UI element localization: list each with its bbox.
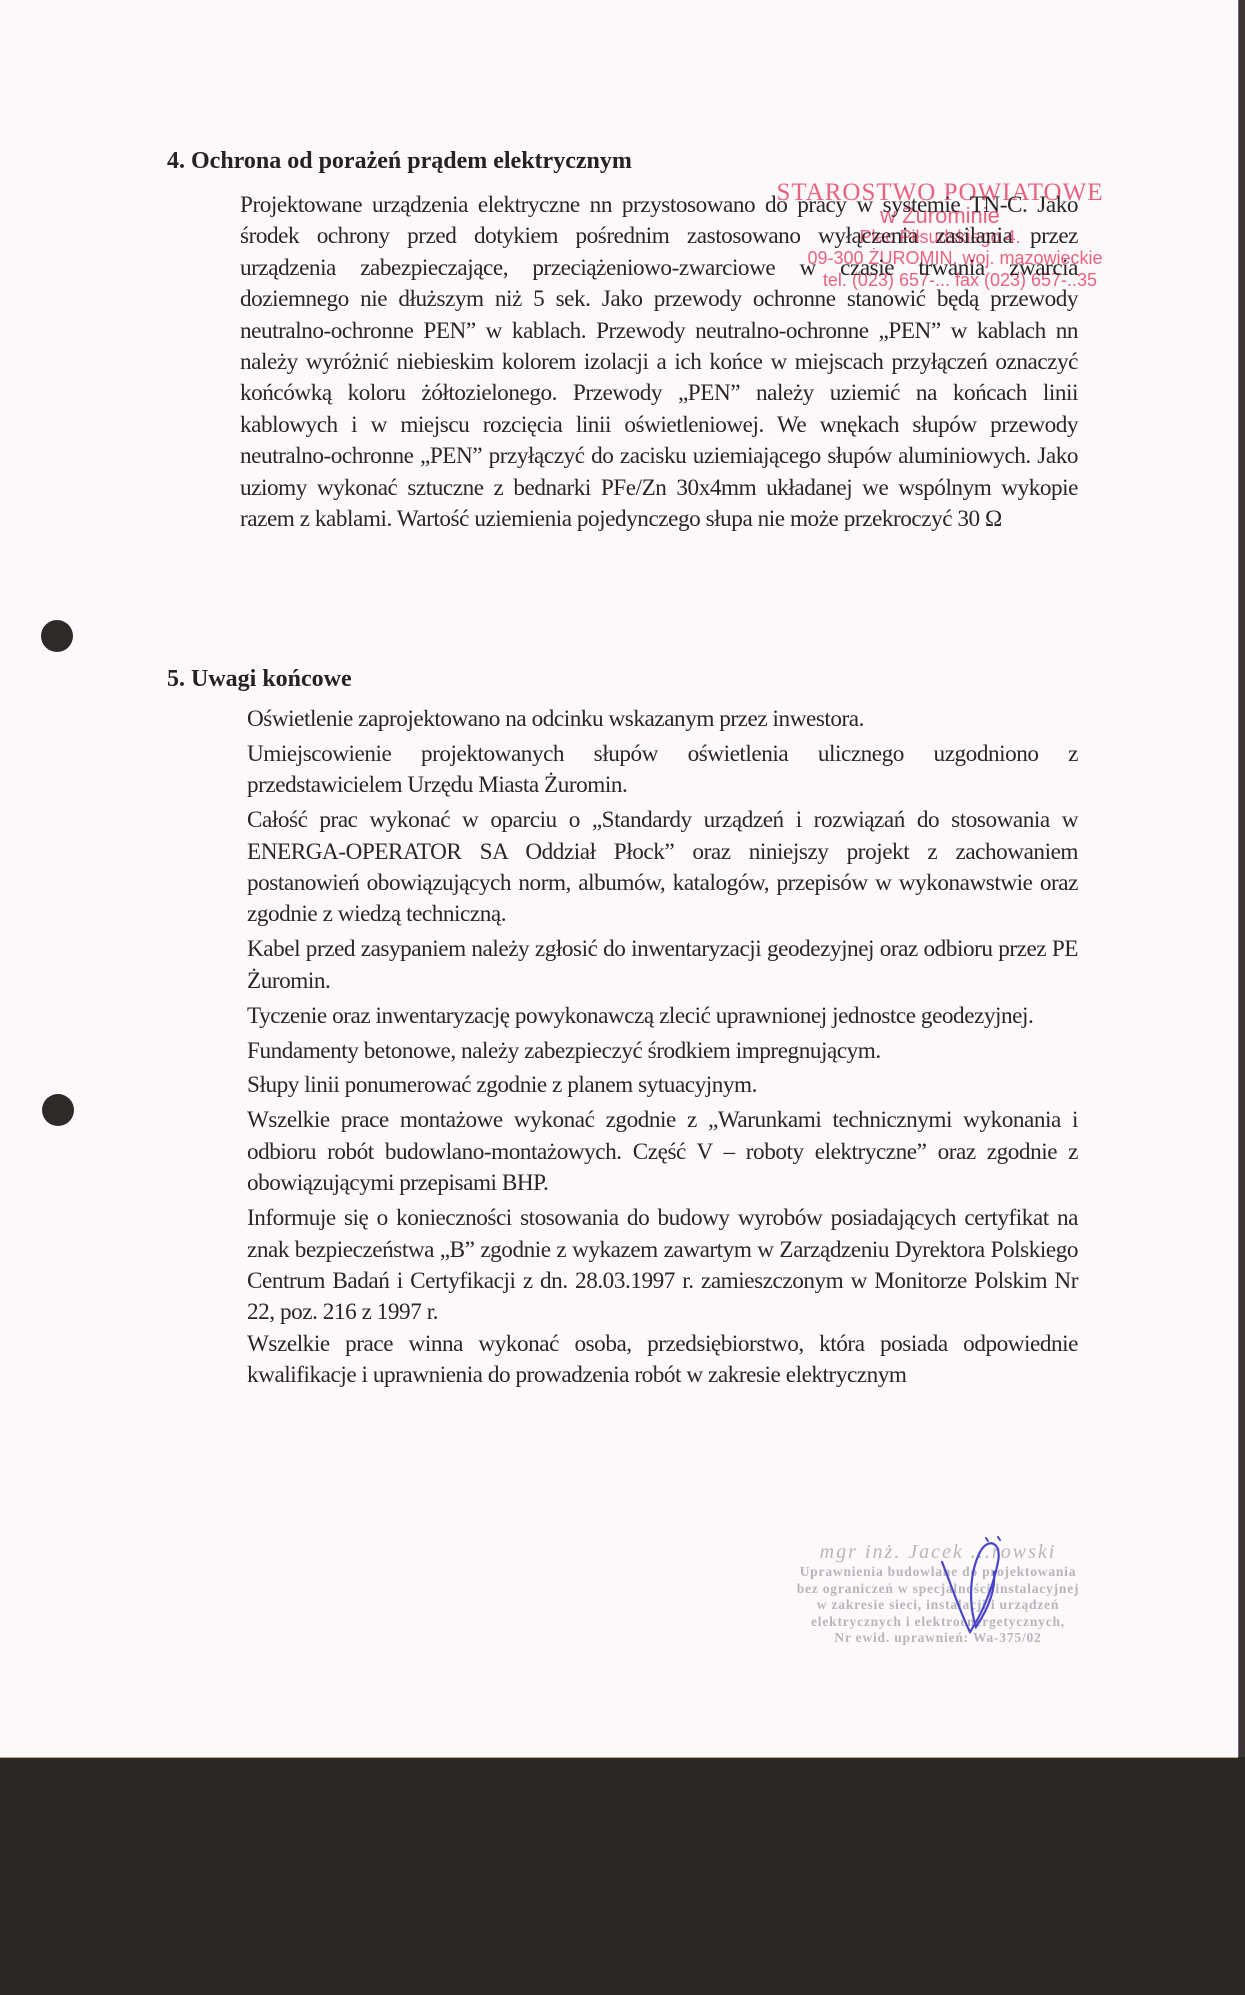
remark-1: Oświetlenie zaprojektowano na odcinku ws… (247, 704, 1078, 735)
remark-9: Informuje się o konieczności stosowania … (247, 1203, 1078, 1329)
remark-6: Fundamenty betonowe, należy zabezpieczyć… (247, 1036, 1078, 1067)
engineer-name: mgr inż. Jacek ...rowski (768, 1540, 1108, 1564)
qualification-line-3: w zakresie sieci, instalacji i urządzeń (768, 1597, 1108, 1614)
remark-2: Umiejscowienie projektowanych słupów ośw… (247, 739, 1078, 802)
qualification-line-2: bez ograniczeń w specjalności instalacyj… (768, 1581, 1108, 1598)
scanner-edge (1238, 0, 1245, 1757)
remark-3: Całość prac wykonać w oparciu o „Standar… (247, 805, 1078, 931)
handwritten-signature-icon (940, 1532, 1020, 1642)
remark-7: Słupy linii ponumerować zgodnie z planem… (247, 1070, 1078, 1101)
remark-8: Wszelkie prace montażowe wykonać zgodnie… (247, 1105, 1078, 1199)
section-4-body: Projektowane urządzenia elektryczne nn p… (240, 190, 1078, 535)
remark-4: Kabel przed zasypaniem należy zgłosić do… (247, 934, 1078, 997)
qualification-line-1: Uprawnienia budowlane do projektowania (768, 1564, 1108, 1581)
document-page: 4. Ochrona od porażeń prądem elektryczny… (0, 0, 1238, 1758)
punch-hole-lower (42, 1094, 74, 1126)
qualification-line-5: Nr ewid. uprawnień: Wa-375/02 (768, 1630, 1108, 1647)
section-4-paragraph: Projektowane urządzenia elektryczne nn p… (240, 190, 1078, 535)
remark-5: Tyczenie oraz inwentaryzację powykonawcz… (247, 1001, 1078, 1032)
section-5-heading: 5. Uwagi końcowe (167, 666, 352, 693)
section-5-body: Oświetlenie zaprojektowano na odcinku ws… (247, 704, 1078, 1395)
qualification-line-4: elektrycznych i elektroenergetycznych, (768, 1614, 1108, 1631)
section-4-heading: 4. Ochrona od porażeń prądem elektryczny… (167, 148, 632, 175)
signature-stamp: mgr inż. Jacek ...rowski Uprawnienia bud… (768, 1540, 1108, 1647)
remark-10: Wszelkie prace winna wykonać osoba, prze… (247, 1329, 1078, 1392)
punch-hole-upper (41, 620, 73, 652)
